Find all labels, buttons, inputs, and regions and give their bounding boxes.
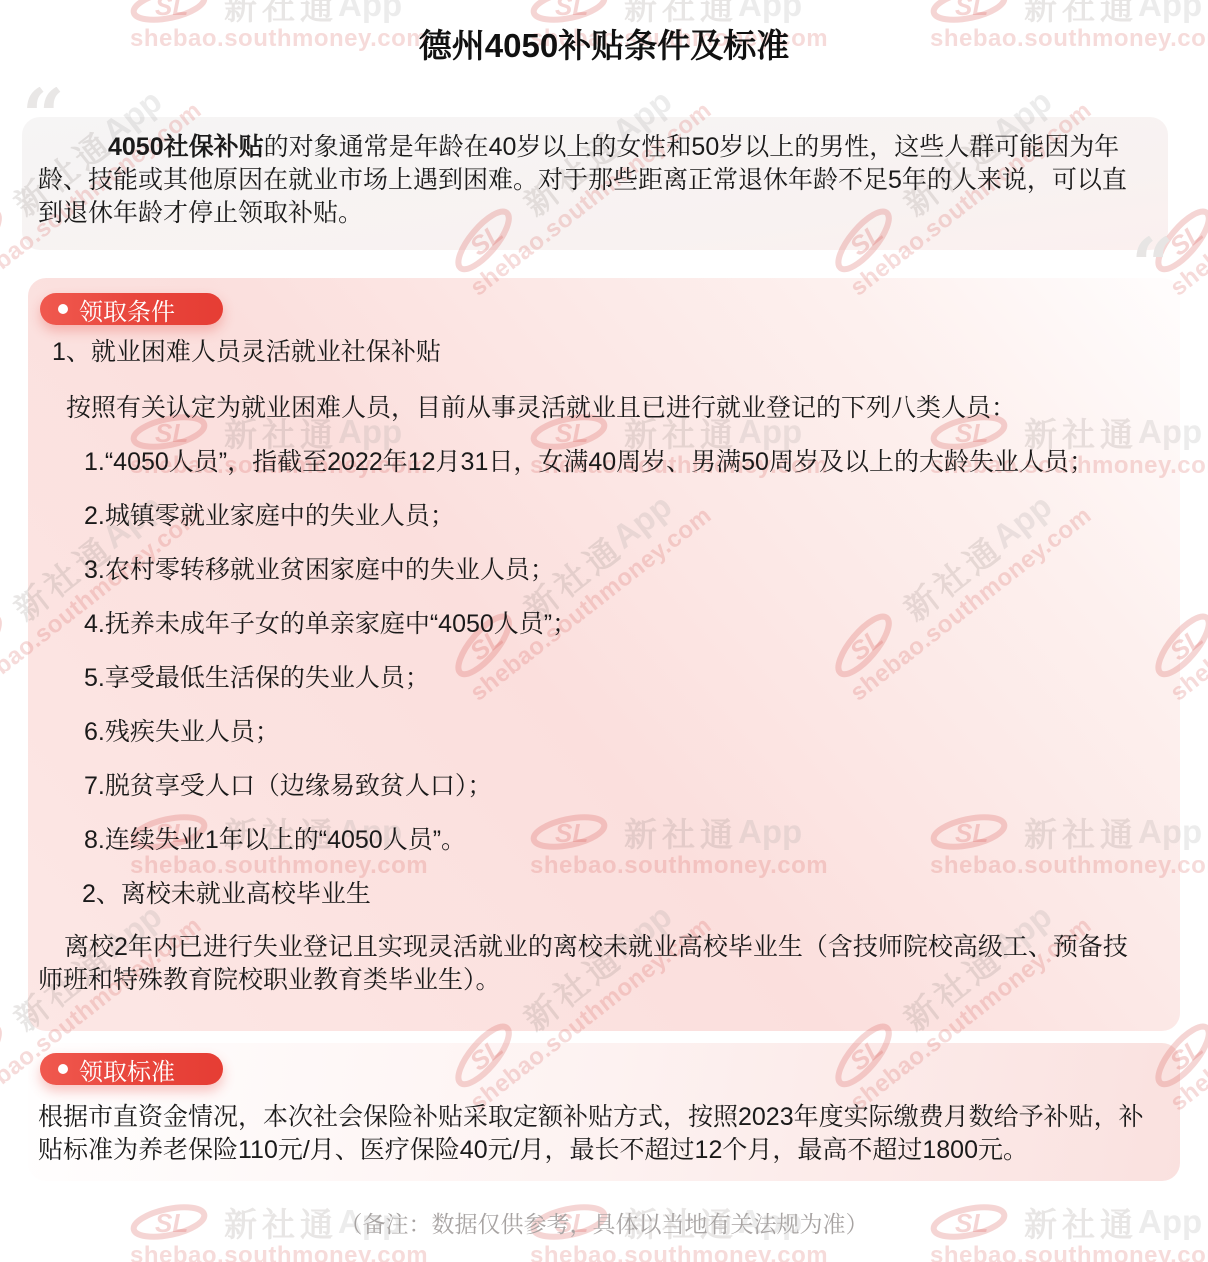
article-page: SL新社通Appshebao.southmoney.comSL新社通Appshe… bbox=[0, 0, 1208, 1262]
condition-group-1-title: 1、就业困难人员灵活就业社保补贴 bbox=[52, 339, 1150, 365]
intro-paragraph: 4050社保补贴的对象通常是年龄在40岁以上的女性和50岁以上的男性，这些人群可… bbox=[38, 131, 1132, 230]
open-quote-icon: “ bbox=[22, 87, 65, 127]
page-title: 德州4050补贴条件及标准 bbox=[0, 0, 1208, 66]
intro-bold-lead: 4050社保补贴 bbox=[108, 133, 264, 161]
brand-logo-icon: SL bbox=[0, 1010, 24, 1094]
close-quote-icon: “ bbox=[1131, 236, 1174, 276]
watermark-url: shebao.southmoney.com bbox=[530, 1242, 830, 1262]
standard-badge: 领取标准 bbox=[40, 1053, 223, 1085]
condition-group-2-title: 2、离校未就业高校毕业生 bbox=[82, 881, 1150, 907]
brand-logo-icon: SL bbox=[0, 195, 24, 279]
conditions-badge: 领取条件 bbox=[40, 293, 223, 325]
watermark-url: shebao.southmoney.com bbox=[930, 1242, 1208, 1262]
list-item: 8.连续失业1年以上的“4050人员”。 bbox=[84, 827, 1150, 853]
standard-badge-label: 领取标准 bbox=[79, 1052, 175, 1087]
footer-note: （备注：数据仅供参考，具体以当地有关法规为准） bbox=[0, 1209, 1208, 1239]
watermark-url: shebao.southmoney.com bbox=[130, 1242, 430, 1262]
condition-group-1-intro: 按照有关认定为就业困难人员，目前从事灵活就业且已进行就业登记的下列八类人员： bbox=[66, 395, 1150, 421]
circle-icon bbox=[58, 304, 68, 314]
brand-logo-icon: SL bbox=[0, 600, 24, 684]
list-item: 3.农村零转移就业贫困家庭中的失业人员； bbox=[84, 557, 1150, 583]
list-item: 2.城镇零就业家庭中的失业人员； bbox=[84, 503, 1150, 529]
standard-section: 领取标准 根据市直资金情况，本次社会保险补贴采取定额补贴方式，按照2023年度实… bbox=[28, 1043, 1180, 1181]
condition-group-2-body: 离校2年内已进行失业登记且实现灵活就业的离校未就业高校毕业生（含技师院校高级工、… bbox=[38, 931, 1150, 997]
list-item: 4.抚养未成年子女的单亲家庭中“4050人员”； bbox=[84, 611, 1150, 637]
conditions-badge-label: 领取条件 bbox=[79, 292, 175, 327]
list-item: 1.“4050人员”，指截至2022年12月31日，女满40周岁、男满50周岁及… bbox=[84, 449, 1150, 475]
conditions-section: 领取条件 1、就业困难人员灵活就业社保补贴 按照有关认定为就业困难人员，目前从事… bbox=[28, 278, 1180, 1031]
list-item: 5.享受最低生活保的失业人员； bbox=[84, 665, 1150, 691]
circle-icon bbox=[58, 1064, 68, 1074]
standard-body: 根据市直资金情况，本次社会保险补贴采取定额补贴方式，按照2023年度实际缴费月数… bbox=[38, 1101, 1146, 1167]
intro-quote-box: “ 4050社保补贴的对象通常是年龄在40岁以上的女性和50岁以上的男性，这些人… bbox=[22, 117, 1168, 250]
list-item: 7.脱贫享受人口（边缘易致贫人口）； bbox=[84, 773, 1150, 799]
list-item: 6.残疾失业人员； bbox=[84, 719, 1150, 745]
